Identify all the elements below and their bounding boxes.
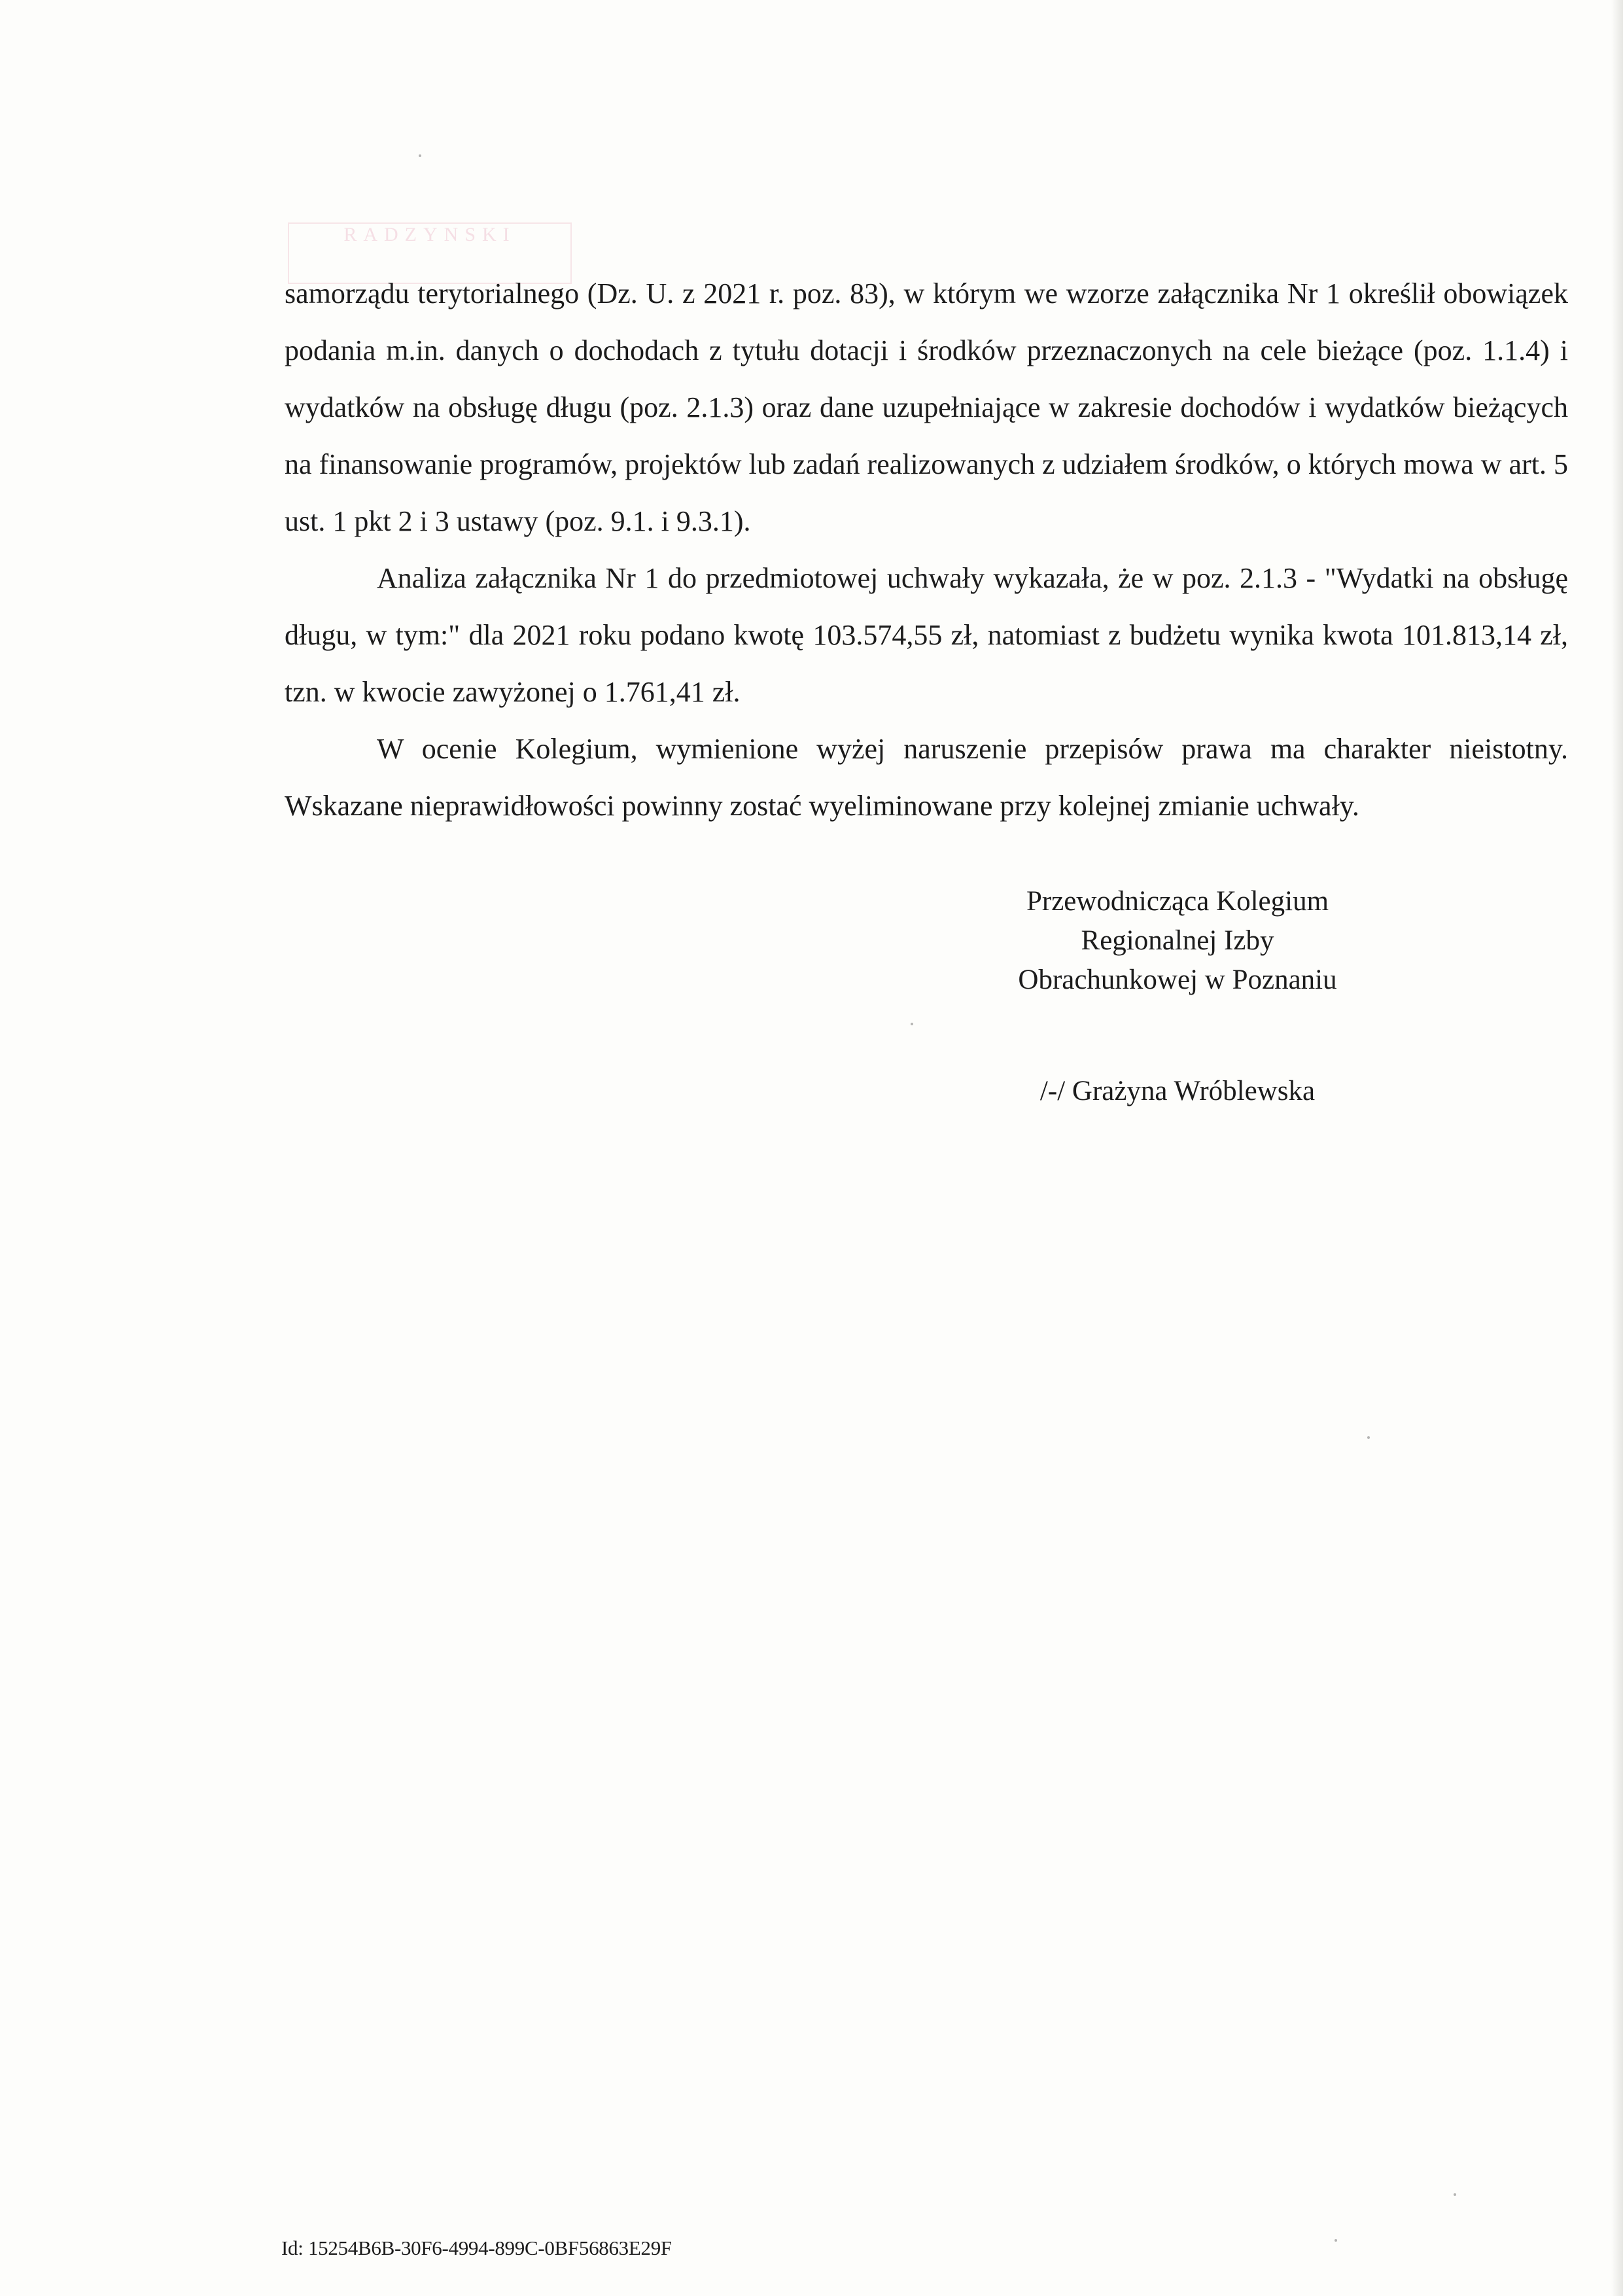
document-id: Id: 15254B6B-30F6-4994-899C-0BF56863E29F [281, 2235, 672, 2261]
stamp-text: RADZYNSKI [343, 224, 515, 245]
signature-block: Przewodnicząca Kolegium Regionalnej Izby… [949, 882, 1406, 1111]
scan-speck [911, 1023, 913, 1025]
scan-speck [419, 154, 421, 157]
scan-speck [1335, 2239, 1337, 2242]
scan-speck [1454, 2193, 1456, 2196]
paragraph-assessment: W ocenie Kolegium, wymienione wyżej naru… [285, 720, 1568, 834]
page-edge-shadow [1611, 0, 1623, 2296]
scan-speck [1367, 1436, 1370, 1439]
signature-title-line-2: Regionalnej Izby [949, 921, 1406, 961]
signature-title-line-3: Obrachunkowej w Poznaniu [949, 961, 1406, 1000]
signature-title-line-1: Przewodnicząca Kolegium [949, 882, 1406, 921]
document-body: samorządu terytorialnego (Dz. U. z 2021 … [285, 265, 1568, 834]
paragraph-legal-basis: samorządu terytorialnego (Dz. U. z 2021 … [285, 265, 1568, 550]
paragraph-analysis: Analiza załącznika Nr 1 do przedmiotowej… [285, 550, 1568, 720]
signer-name: /-/ Grażyna Wróblewska [949, 1072, 1406, 1111]
